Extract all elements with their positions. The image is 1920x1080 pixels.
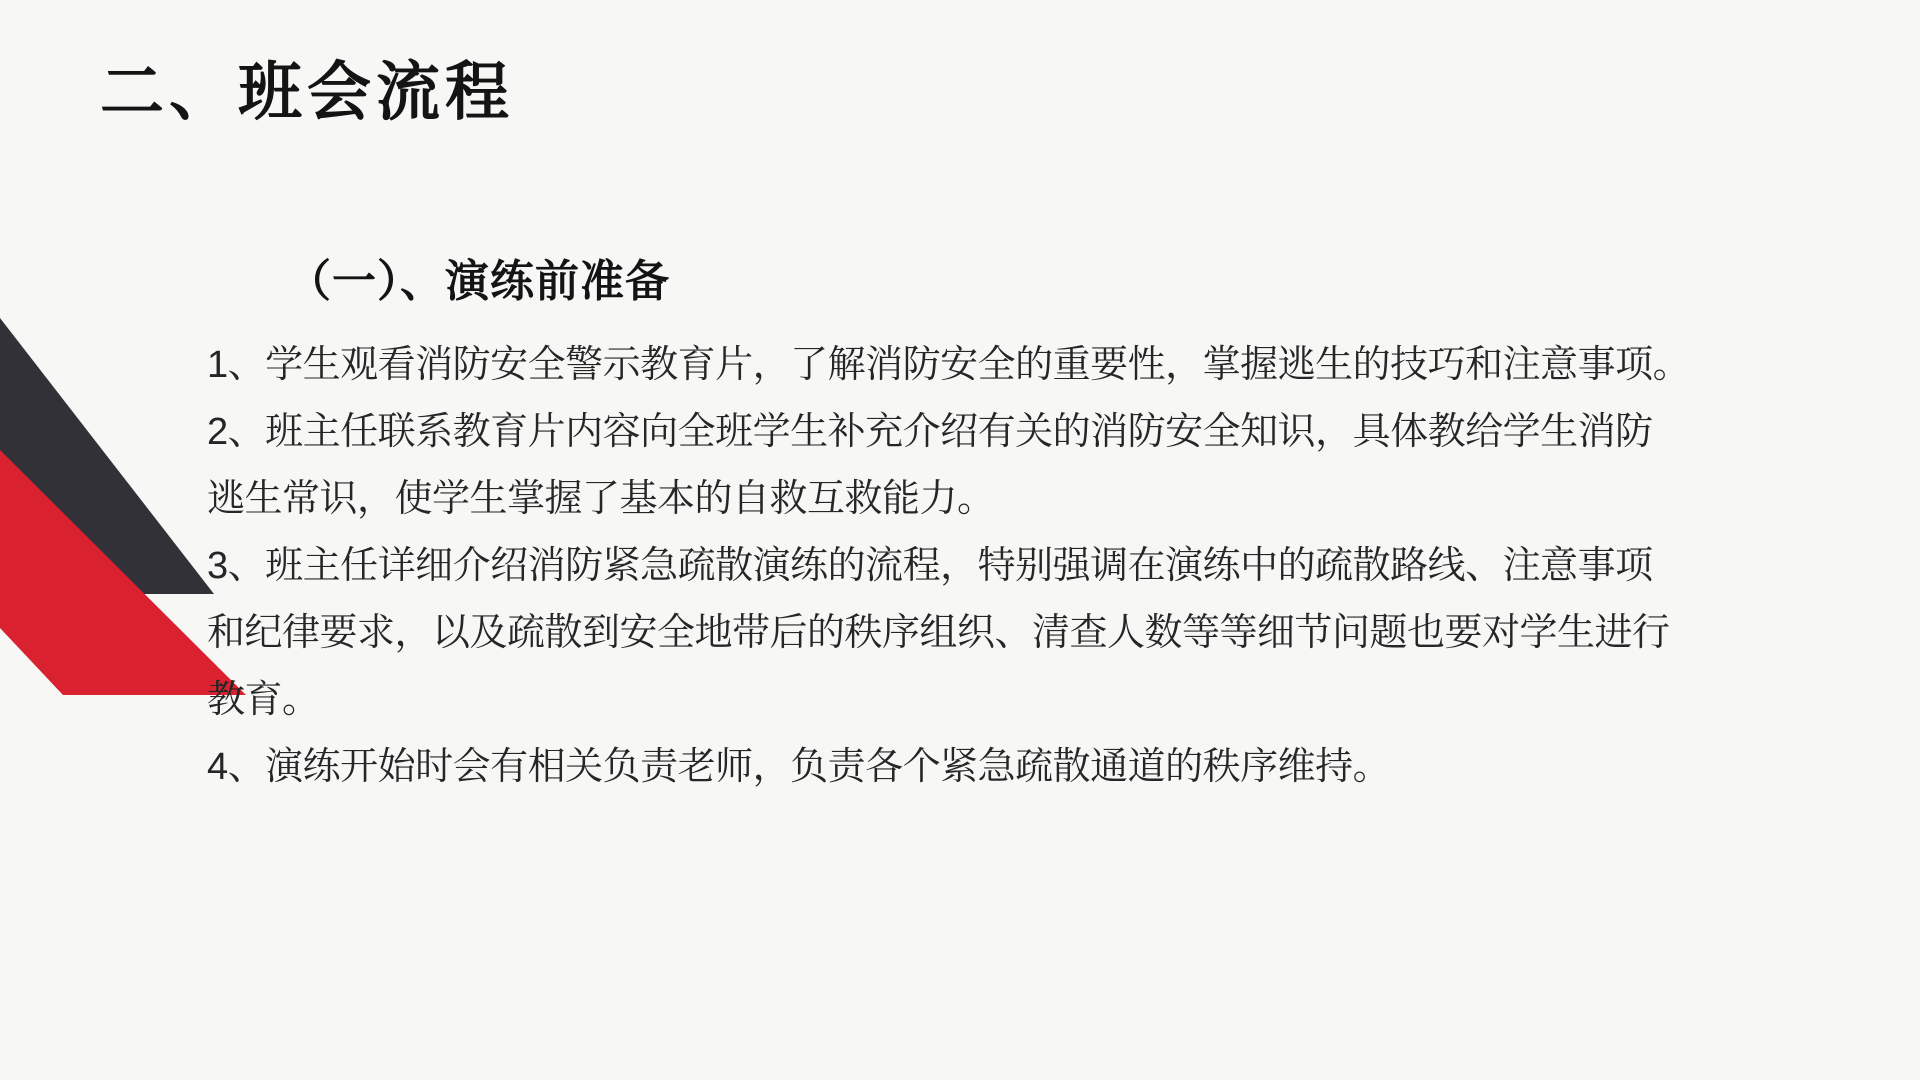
slide-title: 二、班会流程 bbox=[100, 52, 514, 132]
section-subtitle: （一）、演练前准备 bbox=[287, 254, 1767, 310]
slide-content: （一）、演练前准备 1、学生观看消防安全警示教育片，了解消防安全的重要性，掌握逃… bbox=[207, 254, 1767, 801]
presentation-slide: 二、班会流程 （一）、演练前准备 1、学生观看消防安全警示教育片，了解消防安全的… bbox=[0, 0, 1920, 1080]
body-line: 1、学生观看消防安全警示教育片，了解消防安全的重要性，掌握逃生的技巧和注意事项。 bbox=[207, 332, 1767, 399]
dark-ribbon-shape bbox=[0, 318, 214, 594]
body-line: 4、演练开始时会有相关负责老师，负责各个紧急疏散通道的秩序维持。 bbox=[207, 734, 1767, 801]
body-line: 2、班主任联系教育片内容向全班学生补充介绍有关的消防安全知识，具体教给学生消防 bbox=[207, 399, 1767, 466]
body-line: 逃生常识，使学生掌握了基本的自救互救能力。 bbox=[207, 466, 1767, 533]
body-line: 3、班主任详细介绍消防紧急疏散演练的流程，特别强调在演练中的疏散路线、注意事项 bbox=[207, 533, 1767, 600]
body-line: 教育。 bbox=[207, 667, 1767, 734]
body-text-block: 1、学生观看消防安全警示教育片，了解消防安全的重要性，掌握逃生的技巧和注意事项。… bbox=[207, 332, 1767, 801]
body-line: 和纪律要求，以及疏散到安全地带后的秩序组织、清查人数等等细节问题也要对学生进行 bbox=[207, 600, 1767, 667]
